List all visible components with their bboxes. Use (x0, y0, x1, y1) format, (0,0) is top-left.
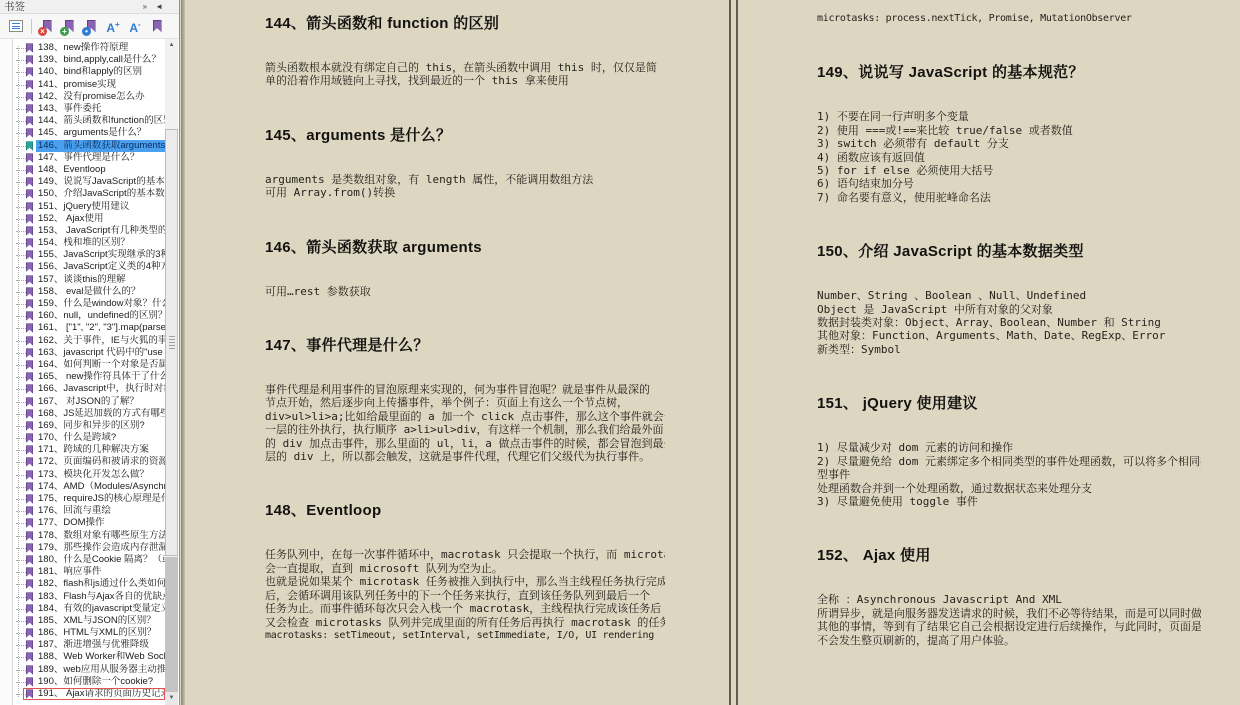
text-line: Object 是 JavaScript 中所有对象的父对象 (817, 303, 1201, 316)
find-bookmark-button[interactable]: • (81, 17, 101, 36)
tree-branch-line (16, 499, 26, 500)
tree-branch-line (16, 511, 26, 512)
bookmark-item[interactable]: 183、Flash与Ajax各自的优缺点？ (14, 590, 165, 602)
bookmark-flag-icon (26, 129, 33, 139)
bookmarks-panel: 书签 »◄ ×+•A+A- 138、new操作符原理139、bind,apply… (0, 0, 180, 705)
bookmark-flag-icon (26, 190, 33, 200)
tree-branch-line (16, 426, 26, 427)
tree-branch-line (16, 389, 26, 390)
bookmark-flag-icon (26, 141, 33, 151)
text-line: 事件代理是利用事件的冒泡原理来实现的，何为事件冒泡呢？就是事件从最深的 (265, 383, 665, 396)
text-line: 全称 ：Asynchronous Javascript And XML (817, 593, 1201, 606)
bookmark-item-label: 155、JavaScript实现继承的3种方式 (36, 249, 165, 261)
text-line: 不会发生整页刷新的，提高了用户体验。 (817, 634, 1201, 647)
text-line: 可用…rest 参数获取 (265, 285, 665, 298)
bookmark-item-label: 182、flash和js通过什么类如何交 (36, 578, 165, 590)
bookmark-item-label: 184、有效的javascript变量定义规 (36, 603, 165, 615)
bookmark-item-label: 171、跨域的几种解决方案 (36, 444, 151, 456)
bookmark-item[interactable]: 164、如何判断一个对象是否属于 (14, 359, 165, 371)
tree-branch-line (16, 207, 26, 208)
bookmark-flag-icon (26, 360, 33, 370)
bookmark-flag-icon (26, 287, 33, 297)
text-line: microtasks: process.nextTick, Promise, M… (817, 12, 1201, 25)
bookmark-item-label: 141、promise实现 (36, 79, 118, 91)
text-line: 的 div 加点击事件，那么里面的 ul，li，a 做点击事件的时候，都会冒泡到… (265, 437, 665, 450)
bookmark-item[interactable]: 149、说说写JavaScript的基本规范 (14, 176, 165, 188)
bookmark-item-label: 187、渐进增强与优雅降级 (36, 639, 151, 651)
paragraph: 事件代理是利用事件的冒泡原理来实现的，何为事件冒泡呢？就是事件从最深的节点开始，… (265, 383, 665, 463)
bookmark-item[interactable]: 161、 ["1", "2", "3"].map(parseInt) (14, 322, 165, 334)
text-line: 3) switch 必须带有 default 分支 (817, 137, 1201, 150)
bookmark-flag-icon (26, 385, 33, 395)
paragraph: microtasks: process.nextTick, Promise, M… (817, 12, 1201, 25)
bookmark-flag-icon (26, 165, 33, 175)
tree-branch-line (16, 657, 26, 658)
bookmark-item[interactable]: 150、介绍JavaScript的基本数据类型 (14, 188, 165, 200)
paragraph: 1) 尽量减少对 dom 元素的访问和操作2) 尽量避免给 dom 元素绑定多个… (817, 441, 1201, 508)
tree-branch-line (16, 462, 26, 463)
bookmark-item-label: 168、JS延迟加载的方式有哪些？ (36, 408, 165, 420)
decrease-text-size-button[interactable]: A- (125, 17, 145, 36)
bookmarks-scrollbar[interactable]: ▲ ▼ (165, 39, 178, 705)
page-left-edge-shadow (181, 0, 185, 705)
bookmark-item[interactable]: 163、javascript 代码中的"use strict" (14, 347, 165, 359)
tree-branch-line (16, 341, 26, 342)
tree-branch-line (16, 353, 26, 354)
bookmark-item[interactable]: 167、 对JSON的了解？ (14, 395, 165, 407)
bookmark-item-label: 164、如何判断一个对象是否属于 (36, 359, 165, 371)
badge-icon: × (38, 27, 47, 36)
bookmark-item[interactable]: 141、promise实现 (14, 79, 165, 91)
section-heading: 148、Eventloop (265, 499, 665, 520)
text-line: 7) 命名要有意义，使用驼峰命名法 (817, 191, 1201, 204)
bookmark-item[interactable]: 139、bind,apply,call是什么？ (14, 54, 165, 66)
bookmark-item-label: 151、jQuery使用建议 (36, 201, 131, 213)
text-line: 后，会循环调用该队列任务中的下一个任务来执行，直到该任务队列到最后一个 (265, 589, 665, 602)
bookmark-item-label: 139、bind,apply,call是什么？ (36, 54, 163, 66)
page-divider-line (729, 0, 731, 705)
bookmark-item[interactable]: 169、同步和异步的区别? (14, 420, 165, 432)
tree-branch-line (16, 255, 26, 256)
bookmark-item-label: 142、没有promise怎么办 (36, 91, 147, 103)
text-line: 任务队列中，在每一次事件循环中，macrotask 只会提取一个执行，而 mic… (265, 548, 665, 561)
text-line: 处理函数合并到一个处理函数，通过数据状态来处理分支 (817, 482, 1201, 495)
bookmark-flag-icon (26, 592, 33, 602)
bookmark-item-label: 188、Web Worker和Web Socket (36, 651, 165, 663)
text-line: 任务为止。而事件循环每次只会入栈一个 macrotask，主线程执行完成该任务后 (265, 602, 665, 615)
section-heading: 147、事件代理是什么？ (265, 334, 665, 355)
bookmark-item-label: 158、 eval是做什么的？ (36, 286, 142, 298)
text-line: 新类型：Symbol (817, 343, 1201, 356)
bookmark-flag-icon (26, 348, 33, 358)
bookmark-item-label: 174、AMD（Modules/Asynchron (36, 481, 165, 493)
bookmark-item[interactable]: 176、回流与重绘 (14, 505, 165, 517)
tree-branch-line (16, 146, 26, 147)
bookmark-flag-icon (26, 177, 33, 187)
bookmark-item-label: 138、new操作符原理 (36, 42, 130, 54)
bookmark-options-button[interactable] (147, 17, 167, 36)
bookmark-flag-icon (26, 567, 33, 577)
expand-current-bookmark-button[interactable] (6, 17, 26, 36)
text-line: 一层的往外执行，执行顺序 a>li>ul>div，有这样一个机制，那么我们给最外… (265, 423, 665, 436)
tree-branch-line (16, 133, 26, 134)
navigation-rail (0, 39, 13, 705)
bookmark-flag-icon (26, 604, 33, 614)
tree-branch-line (16, 560, 26, 561)
bookmark-item-label: 157、谈谈this的理解 (36, 274, 128, 286)
bookmark-item-label: 156、JavaScript定义类的4种方法 (36, 261, 165, 273)
tree-branch-line (16, 121, 26, 122)
tree-branch-line (16, 548, 26, 549)
tree-branch-line (16, 682, 26, 683)
bookmark-item-label: 159、什么是window对象？什么是 (36, 298, 165, 310)
document-view[interactable]: 144、箭头函数和 function 的区别箭头函数根本就没有绑定自己的 thi… (181, 0, 1240, 705)
tree-branch-line (16, 597, 26, 598)
tree-branch-line (16, 170, 26, 171)
bookmark-item[interactable]: 187、渐进增强与优雅降级 (14, 639, 165, 651)
bookmark-item[interactable]: 189、web应用从服务器主动推送 (14, 664, 165, 676)
tree-branch-line (16, 109, 26, 110)
bookmark-flag-icon (26, 470, 33, 480)
text-line: 节点开始，然后逐步向上传播事件，举个例子：页面上有这么一个节点树， (265, 396, 665, 409)
bookmark-item[interactable]: 171、跨域的几种解决方案 (14, 444, 165, 456)
bookmark-item-label: 186、HTML与XML的区别？ (36, 627, 158, 639)
bookmark-flag-icon (26, 689, 33, 699)
bookmark-item[interactable]: 178、数组对象有哪些原生方法， (14, 530, 165, 542)
toolbar-divider (31, 19, 32, 34)
bookmark-flag-icon (26, 226, 33, 236)
bookmark-item-label: 150、介绍JavaScript的基本数据类型 (36, 188, 165, 200)
bookmark-flag-icon (26, 531, 33, 541)
tree-branch-line (16, 438, 26, 439)
tree-branch-line (16, 328, 26, 329)
bookmark-flag-icon (26, 421, 33, 431)
bookmark-flag-icon (26, 238, 33, 248)
delete-bookmark-button[interactable]: × (37, 17, 57, 36)
bookmark-flag-icon (26, 324, 33, 334)
bookmark-item[interactable]: 154、栈和堆的区别？ (14, 237, 165, 249)
bookmark-item[interactable]: 157、谈谈this的理解 (14, 274, 165, 286)
increase-text-size-button[interactable]: A+ (103, 17, 123, 36)
bookmark-flag-icon (26, 543, 33, 553)
bookmark-item[interactable]: 156、JavaScript定义类的4种方法 (14, 261, 165, 273)
bookmark-item-label: 146、箭头函数获取arguments (36, 140, 165, 152)
bookmark-item-label: 176、回流与重绘 (36, 505, 113, 517)
bookmark-flag-icon (26, 640, 33, 650)
bookmark-item-label: 179、那些操作会造成内存泄漏 (36, 542, 165, 554)
tree-branch-line (16, 243, 26, 244)
paragraph: 全称 ：Asynchronous Javascript And XML所谓异步，… (817, 593, 1201, 647)
tree-branch-line (16, 475, 26, 476)
bookmark-item[interactable]: 144、箭头函数和function的区别 (14, 115, 165, 127)
bookmark-item-label: 140、bind和apply的区别 (36, 66, 144, 78)
bookmark-item-label: 180、什么是Cookie 隔离？（或 (36, 554, 165, 566)
text-line: 其他对象：Function、Arguments、Math、Date、RegExp… (817, 329, 1201, 342)
bookmark-item-label: 175、requireJS的核心原理是什么 (36, 493, 165, 505)
paragraph: Number、String 、Boolean 、Null、UndefinedOb… (817, 289, 1201, 356)
bookmark-flag-icon (26, 409, 33, 419)
bookmark-item[interactable]: 185、XML与JSON的区别？ (14, 615, 165, 627)
bookmark-flag-icon (26, 299, 33, 309)
bookmark-flag-icon (26, 92, 33, 102)
scrollbar-thumb[interactable] (165, 129, 178, 556)
bookmark-item-label: 166、Javascript中，执行时对象 (36, 383, 165, 395)
text-line: 1) 不要在同一行声明多个变量 (817, 110, 1201, 123)
bookmark-flag-icon (26, 482, 33, 492)
bookmark-flag-icon (26, 458, 33, 468)
bookmark-item[interactable]: 190、如何删除一个cookie? (14, 676, 165, 688)
text-line: 可用 Array.from()转换 (265, 186, 665, 199)
bookmark-flag-icon (26, 68, 33, 78)
tree-branch-line (16, 316, 26, 317)
tree-branch-line (16, 402, 26, 403)
bookmark-item[interactable]: 179、那些操作会造成内存泄漏 (14, 542, 165, 554)
text-line: 会一直提取，直到 microsoft 队列为空为止。 (265, 562, 665, 575)
tree-branch-line (16, 609, 26, 610)
bookmark-item[interactable]: 153、 JavaScript有几种类型的值 (14, 225, 165, 237)
bookmark-item[interactable]: 158、 eval是做什么的？ (14, 286, 165, 298)
text-line: 数据封装类对象：Object、Array、Boolean、Number 和 St… (817, 316, 1201, 329)
bookmark-item[interactable]: 173、模块化开发怎么做？ (14, 469, 165, 481)
tree-branch-line (16, 377, 26, 378)
text-line: 其他的事情，等到有了结果它自己会根据设定进行后续操作，与此同时，页面是 (817, 620, 1201, 633)
section-heading: 152、 Ajax 使用 (817, 544, 1201, 565)
text-size-icon: A- (129, 19, 140, 34)
bookmark-item[interactable]: 148、Eventloop (14, 164, 165, 176)
bookmark-flag-icon (26, 445, 33, 455)
bookmark-item[interactable]: 170、什么是跨域? (14, 432, 165, 444)
tree-branch-line (16, 219, 26, 220)
tree-branch-line (16, 536, 26, 537)
bookmark-item[interactable]: 155、JavaScript实现继承的3种方式 (14, 249, 165, 261)
pdf-page-right: microtasks: process.nextTick, Promise, M… (817, 0, 1201, 683)
section-heading: 146、箭头函数获取 arguments (265, 236, 665, 257)
bookmark-item-label: 170、什么是跨域? (36, 432, 118, 444)
bookmark-item[interactable]: 188、Web Worker和Web Socket (14, 651, 165, 663)
bookmarks-panel-header: 书签 »◄ (0, 0, 179, 14)
bookmark-item-label: 173、模块化开发怎么做？ (36, 469, 151, 481)
bookmark-flag-icon (26, 665, 33, 675)
bookmark-item[interactable]: 181、响应事件 (14, 566, 165, 578)
bookmark-flag-icon (26, 116, 33, 126)
bookmark-flag-icon (26, 202, 33, 212)
text-line: 5) for if else 必须使用大括号 (817, 164, 1201, 177)
bookmark-item[interactable]: 147、事件代理是什么？ (14, 152, 165, 164)
tree-branch-line (16, 487, 26, 488)
text-line: 单的沿着作用域链向上寻找，找到最近的一个 this 拿来使用 (265, 74, 665, 87)
bookmark-flag-icon (26, 494, 33, 504)
text-line: 型事件 (817, 468, 1201, 481)
bookmark-item[interactable]: 182、flash和js通过什么类如何交 (14, 578, 165, 590)
badge-icon: • (82, 27, 91, 36)
paragraph: 任务队列中，在每一次事件循环中，macrotask 只会提取一个执行，而 mic… (265, 548, 665, 642)
bookmark-list-icon (9, 20, 23, 32)
bookmark-flag-icon (26, 43, 33, 53)
tree-branch-line (16, 48, 26, 49)
bookmark-tree: 138、new操作符原理139、bind,apply,call是什么？140、b… (14, 40, 165, 705)
text-line: arguments 是类数组对象，有 length 属性，不能调用数组方法 (265, 173, 665, 186)
bookmark-flag-icon (26, 555, 33, 565)
bookmark-item[interactable]: 162、关于事件，IE与火狐的事件 (14, 335, 165, 347)
bookmark-item-label: 165、 new操作符具体干了什么 (36, 371, 165, 383)
bookmark-item[interactable]: 184、有效的javascript变量定义规 (14, 603, 165, 615)
badge-icon: + (60, 27, 69, 36)
tree-branch-line (16, 72, 26, 73)
bookmark-item[interactable]: 191、 Ajax请求的页面历史记录状 (14, 688, 165, 700)
bookmark-flag-icon (26, 311, 33, 321)
paragraph: 箭头函数根本就没有绑定自己的 this，在箭头函数中调用 this 时，仅仅是简… (265, 61, 665, 88)
bookmark-flag-icon (26, 80, 33, 90)
bookmark-item[interactable]: 145、arguments是什么？ (14, 127, 165, 139)
bookmark-item-label: 162、关于事件，IE与火狐的事件 (36, 335, 165, 347)
bookmark-item-label: 172、页面编码和被请求的资源编 (36, 456, 165, 468)
bookmark-flag-icon (26, 55, 33, 65)
bookmark-item[interactable]: 166、Javascript中，执行时对象 (14, 383, 165, 395)
section-heading: 144、箭头函数和 function 的区别 (265, 12, 665, 33)
bookmark-flag-icon (26, 397, 33, 407)
tree-branch-line (16, 633, 26, 634)
bookmark-flag-icon (26, 653, 33, 663)
bookmark-item-label: 178、数组对象有哪些原生方法， (36, 530, 165, 542)
text-line: 2) 使用 ===或!==来比较 true/false 或者数值 (817, 124, 1201, 137)
text-size-icon: A+ (106, 19, 119, 34)
bookmark-item[interactable]: 168、JS延迟加载的方式有哪些？ (14, 408, 165, 420)
bookmark-item-label: 183、Flash与Ajax各自的优缺点？ (36, 591, 165, 603)
tree-branch-line (16, 267, 26, 268)
bookmark-item-label: 148、Eventloop (36, 164, 108, 176)
bookmark-item-label: 160、null，undefined的区别？ (36, 310, 165, 322)
text-line: 3) 尽量避免使用 toggle 事件 (817, 495, 1201, 508)
add-bookmark-button[interactable]: + (59, 17, 79, 36)
bookmark-item-label: 161、 ["1", "2", "3"].map(parseInt) (36, 322, 165, 334)
bookmark-item-label: 190、如何删除一个cookie? (36, 676, 155, 688)
bookmark-item[interactable]: 186、HTML与XML的区别？ (14, 627, 165, 639)
tree-branch-line (16, 158, 26, 159)
dock-panel-icon[interactable]: » (143, 0, 147, 14)
bookmarks-toolbar: ×+•A+A- (0, 14, 179, 39)
bookmark-flag-icon (153, 20, 162, 32)
bookmarks-panel-title: 书签 (4, 1, 25, 13)
bookmark-item[interactable]: 143、事件委托 (14, 103, 165, 115)
bookmark-item[interactable]: 172、页面编码和被请求的资源编 (14, 456, 165, 468)
text-line: 也就是说如果某个 microtask 任务被推入到执行中，那么当主线程任务执行完… (265, 575, 665, 588)
scrollbar-grip-icon (169, 336, 175, 350)
text-line: 1) 尽量减少对 dom 元素的访问和操作 (817, 441, 1201, 454)
tree-branch-line (16, 670, 26, 671)
tree-branch-line (16, 694, 26, 695)
bookmark-flag-icon (26, 677, 33, 687)
bookmark-item[interactable]: 142、没有promise怎么办 (14, 91, 165, 103)
bookmark-item-label: 189、web应用从服务器主动推送 (36, 664, 165, 676)
bookmark-item[interactable]: 140、bind和apply的区别 (14, 66, 165, 78)
bookmark-item-label: 169、同步和异步的区别? (36, 420, 147, 432)
scroll-down-arrow-icon[interactable]: ▼ (165, 692, 178, 705)
tree-branch-line (16, 621, 26, 622)
bookmark-flag-icon (26, 616, 33, 626)
bookmark-item[interactable]: 160、null，undefined的区别？ (14, 310, 165, 322)
bookmark-item-label: 153、 JavaScript有几种类型的值 (36, 225, 165, 237)
bookmark-flag-icon (26, 104, 33, 114)
bookmark-flag-icon (26, 519, 33, 529)
text-line: 4) 函数应该有返回值 (817, 151, 1201, 164)
bookmark-item[interactable]: 151、jQuery使用建议 (14, 200, 165, 212)
text-line: 2) 尽量避免给 dom 元素绑定多个相同类型的事件处理函数，可以将多个相同类 (817, 455, 1201, 468)
bookmark-item[interactable]: 146、箭头函数获取arguments (14, 140, 165, 152)
pdf-page-left: 144、箭头函数和 function 的区别箭头函数根本就没有绑定自己的 thi… (265, 0, 665, 678)
bookmark-item-label: 144、箭头函数和function的区别 (36, 115, 165, 127)
tree-branch-line (16, 97, 26, 98)
bookmark-flag-icon (26, 263, 33, 273)
tree-branch-line (16, 523, 26, 524)
tree-branch-line (16, 231, 26, 232)
bookmark-item-label: 147、事件代理是什么？ (36, 152, 141, 164)
text-line: Number、String 、Boolean 、Null、Undefined (817, 289, 1201, 302)
tree-branch-line (16, 85, 26, 86)
tree-branch-line (16, 292, 26, 293)
bookmark-item-label: 163、javascript 代码中的"use strict" (36, 347, 165, 359)
bookmark-item[interactable]: 180、什么是Cookie 隔离？（或 (14, 554, 165, 566)
paragraph: 1) 不要在同一行声明多个变量2) 使用 ===或!==来比较 true/fal… (817, 110, 1201, 204)
bookmark-flag-icon (26, 628, 33, 638)
bookmark-item[interactable]: 175、requireJS的核心原理是什么 (14, 493, 165, 505)
tree-branch-line (16, 584, 26, 585)
tree-branch-line (16, 60, 26, 61)
text-line: div>ul>li>a;比如给最里面的 a 加一个 click 点击事件，那么这… (265, 410, 665, 423)
bookmark-item-label: 152、 Ajax使用 (36, 213, 105, 225)
scroll-up-arrow-icon[interactable]: ▲ (165, 39, 178, 52)
page-divider-line (736, 0, 738, 705)
bookmark-item[interactable]: 174、AMD（Modules/Asynchron (14, 481, 165, 493)
bookmark-flag-icon (26, 336, 33, 346)
tree-branch-line (16, 645, 26, 646)
bookmark-item-label: 154、栈和堆的区别？ (36, 237, 132, 249)
tree-branch-line (16, 194, 26, 195)
section-heading: 151、 jQuery 使用建议 (817, 392, 1201, 413)
tree-branch-line (16, 572, 26, 573)
bookmark-item[interactable]: 165、 new操作符具体干了什么 (14, 371, 165, 383)
section-heading: 145、arguments 是什么？ (265, 124, 665, 145)
bookmark-flag-icon (26, 580, 33, 590)
bookmark-item[interactable]: 152、 Ajax使用 (14, 213, 165, 225)
tree-branch-line (16, 304, 26, 305)
bookmark-item[interactable]: 159、什么是window对象？什么是 (14, 298, 165, 310)
bookmark-flag-icon (26, 275, 33, 285)
bookmark-item-label: 143、事件委托 (36, 103, 103, 115)
tree-branch-line (16, 365, 26, 366)
scrollbar-track[interactable] (165, 557, 178, 692)
section-heading: 149、说说写 JavaScript 的基本规范？ (817, 61, 1201, 82)
bookmark-item-label: 191、 Ajax请求的页面历史记录状 (36, 688, 165, 700)
bookmark-item-label: 149、说说写JavaScript的基本规范 (36, 176, 165, 188)
collapse-panel-icon[interactable]: ◄ (155, 0, 163, 14)
tree-branch-line (16, 182, 26, 183)
bookmark-item[interactable]: 138、new操作符原理 (14, 42, 165, 54)
bookmark-item-label: 185、XML与JSON的区别？ (36, 615, 158, 627)
bookmark-flag-icon (26, 372, 33, 382)
bookmark-item-label: 167、 对JSON的了解？ (36, 396, 141, 408)
text-line: 所谓异步，就是向服务器发送请求的时候，我们不必等待结果，而是可以同时做 (817, 607, 1201, 620)
text-line: macrotasks: setTimeout, setInterval, set… (265, 629, 665, 642)
bookmark-flag-icon (26, 153, 33, 163)
bookmark-flag-icon (26, 250, 33, 260)
bookmark-item[interactable]: 177、DOM操作 (14, 517, 165, 529)
bookmark-flag-icon (26, 433, 33, 443)
paragraph: arguments 是类数组对象，有 length 属性，不能调用数组方法可用 … (265, 173, 665, 200)
tree-branch-line (16, 280, 26, 281)
section-heading: 150、介绍 JavaScript 的基本数据类型 (817, 240, 1201, 261)
paragraph: 可用…rest 参数获取 (265, 285, 665, 298)
tree-branch-line (16, 414, 26, 415)
